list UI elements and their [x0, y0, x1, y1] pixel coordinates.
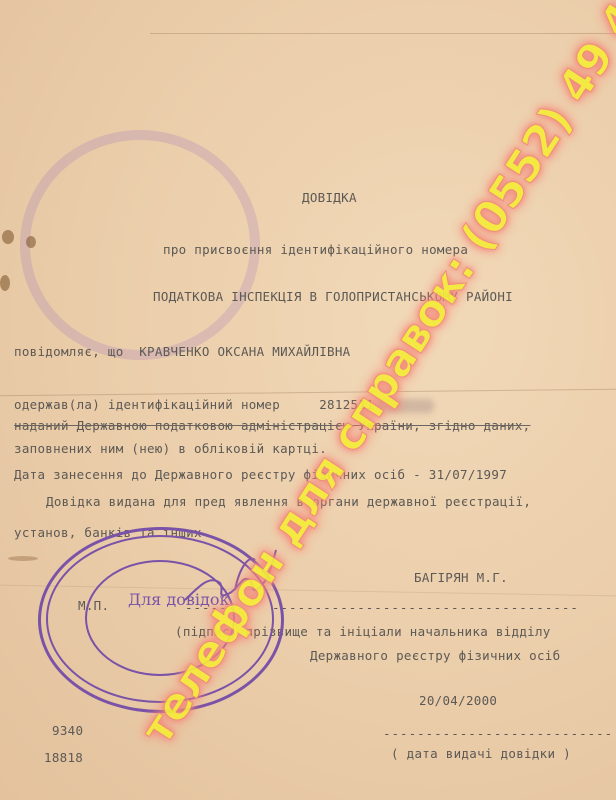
paper-crease — [150, 33, 616, 34]
person-name: КРАВЧЕНКО ОКСАНА МИХАЙЛІВНА — [139, 344, 350, 359]
issue-date-caption: ( дата видачі довідки ) — [391, 746, 571, 761]
notifies-label: повідомляє, що — [14, 344, 124, 359]
stain — [8, 556, 38, 561]
document-subtitle: про присвоєння ідентифікаційного номера — [163, 242, 468, 257]
reference-number-2: 18818 — [44, 750, 83, 765]
paper-crease — [0, 389, 616, 396]
received-label: одержав(ла) ідентифікаційний номер — [14, 397, 280, 412]
stain — [26, 236, 36, 248]
body-line-1: наданий Державною податковою адміністрац… — [14, 418, 531, 433]
body-line-2: заповнених ним (нею) в обліковій картці. — [14, 441, 327, 456]
date-dash-line: --------------------------- — [383, 726, 613, 741]
stain — [0, 275, 10, 291]
issue-date: 20/04/2000 — [419, 693, 497, 708]
signature-caption-2: Державного реєстру фізичних осіб — [310, 648, 560, 663]
stain — [2, 230, 14, 244]
reference-number-1: 9340 — [52, 723, 83, 738]
registry-date-line: Дата занесення до Державного реєстру фіз… — [14, 467, 507, 482]
body-text-1: наданий Державною податковою адміністрац… — [14, 418, 531, 433]
signature-dash-long: ------------------------------------ — [272, 600, 579, 615]
document-page: ДОВІДКА про присвоєння ідентифікаційного… — [0, 0, 616, 800]
document-title: ДОВІДКА — [302, 190, 357, 205]
notifies-line: повідомляє, що КРАВЧЕНКО ОКСАНА МИХАЙЛІВ… — [14, 344, 351, 359]
official-name: БАГІРЯН М.Г. — [414, 570, 508, 585]
